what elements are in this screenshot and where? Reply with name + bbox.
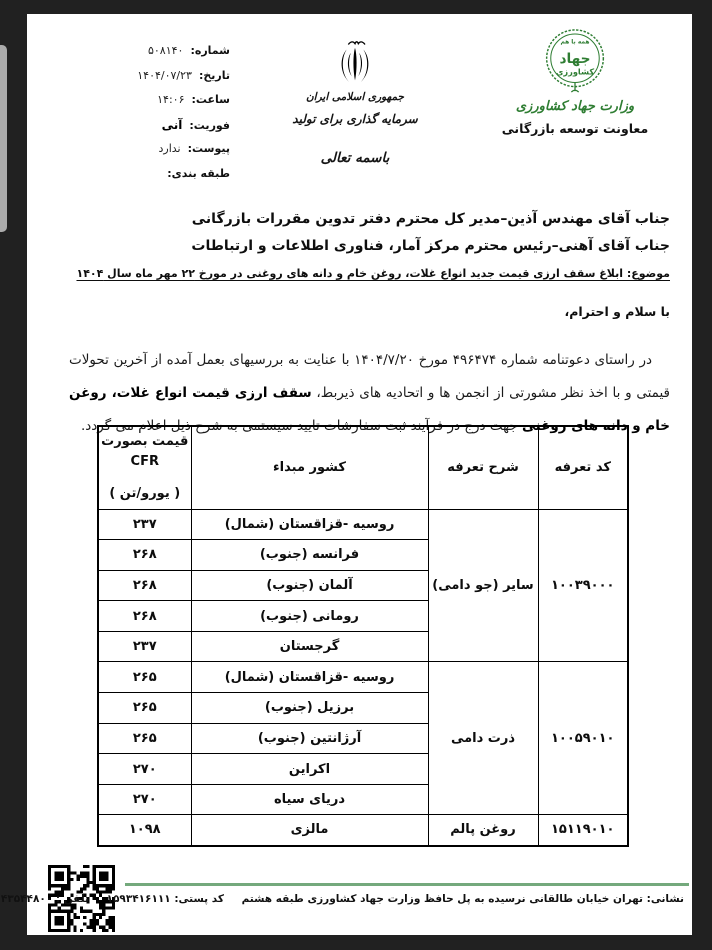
logo-motto: همه با هم bbox=[560, 39, 589, 46]
viewer-scrollbar-thumb[interactable] bbox=[0, 45, 7, 232]
meta-row-classification: طبقه بندی: bbox=[117, 167, 230, 192]
meta-row-date: تاریخ: ۱۴۰۴/۰۷/۲۳ bbox=[117, 69, 230, 94]
meta-value: ۱۴:۰۶ bbox=[157, 93, 184, 106]
country-cell: روسیه -قزاقستان (شمال) bbox=[191, 662, 428, 693]
footer-divider-line bbox=[125, 883, 689, 886]
meta-value: آنی bbox=[162, 118, 183, 132]
country-cell: مالزی bbox=[191, 815, 428, 846]
price-cell: ۱۰۹۸ bbox=[98, 815, 191, 846]
logo-title: جهاد bbox=[559, 51, 590, 67]
meta-label: پیوست: bbox=[188, 142, 230, 155]
country-cell: رومانی (جنوب) bbox=[191, 601, 428, 632]
viewer-background: { "colors": { "logo_green": "#2e7d32", "… bbox=[0, 0, 712, 950]
bismillah-calligraphy: باسمه تعالی bbox=[265, 150, 445, 166]
logo-subtitle: کشاورزی bbox=[556, 67, 595, 78]
ministry-name: وزارت جهاد کشاورزی bbox=[480, 99, 670, 114]
recipients-block: جناب آقای مهندس آذین–مدیر کل محترم دفتر … bbox=[67, 206, 670, 286]
price-header-unit: ( یورو/تن ) bbox=[101, 484, 189, 504]
col-header-origin-country: کشور مبداء bbox=[191, 426, 428, 509]
price-cell: ۲۶۸ bbox=[98, 570, 191, 601]
tariff-code-cell: ۱۰۰۵۹۰۱۰ bbox=[538, 662, 628, 815]
meta-value: ۱۴۰۴/۰۷/۲۳ bbox=[137, 69, 192, 82]
meta-label: تاریخ: bbox=[199, 69, 230, 82]
letter-meta-block: شماره: ۵۰۸۱۴۰ تاریخ: ۱۴۰۴/۰۷/۲۳ ساعت: ۱۴… bbox=[117, 44, 230, 191]
meta-value: ۵۰۸۱۴۰ bbox=[148, 44, 183, 57]
footer-address: نشانی: تهران خیابان طالقانی نرسیده به پل… bbox=[242, 893, 684, 905]
meta-row-number: شماره: ۵۰۸۱۴۰ bbox=[117, 44, 230, 69]
country-cell: دریای سیاه bbox=[191, 784, 428, 815]
country-cell: آلمان (جنوب) bbox=[191, 570, 428, 601]
col-header-tariff-desc: شرح تعرفه bbox=[428, 426, 538, 509]
tariff-code-cell: ۱۵۱۱۹۰۱۰ bbox=[538, 815, 628, 846]
price-cell: ۲۶۸ bbox=[98, 540, 191, 571]
recipient-1: جناب آقای مهندس آذین–مدیر کل محترم دفتر … bbox=[67, 206, 670, 233]
price-cell: ۲۳۷ bbox=[98, 509, 191, 540]
col-header-tariff-code: کد تعرفه bbox=[538, 426, 628, 509]
meta-row-time: ساعت: ۱۴:۰۶ bbox=[117, 93, 230, 118]
meta-row-urgency: فوریت: آنی bbox=[117, 118, 230, 143]
country-name: جمهوری اسلامی ایران bbox=[265, 91, 445, 103]
price-cell: ۲۳۷ bbox=[98, 631, 191, 662]
ministry-header: همه با هم جهاد کشاورزی وزارت جهاد کشاورز… bbox=[480, 28, 670, 136]
price-cell: ۲۶۵ bbox=[98, 723, 191, 754]
tariff-code-cell: ۱۰۰۳۹۰۰۰ bbox=[538, 509, 628, 662]
country-cell: اکراین bbox=[191, 754, 428, 785]
footer-contact-line: نشانی: تهران خیابان طالقانی نرسیده به پل… bbox=[1, 893, 684, 905]
salutation: با سلام و احترام، bbox=[564, 304, 670, 319]
meta-label: ساعت: bbox=[191, 93, 230, 106]
price-header-line2: CFR bbox=[101, 452, 189, 472]
recipient-2: جناب آقای آهنی–رئیس محترم مرکز آمار، فنا… bbox=[67, 233, 670, 260]
year-slogan: سرمایه گذاری برای تولید bbox=[265, 112, 445, 126]
tariff-desc-cell: ذرت دامی bbox=[428, 662, 538, 815]
table-row: ۱۰۰۳۹۰۰۰ سایر (جو دامی) روسیه -قزاقستان … bbox=[98, 509, 628, 540]
price-cell: ۲۶۸ bbox=[98, 601, 191, 632]
department-name: معاونت توسعه بازرگانی bbox=[480, 121, 670, 136]
letter-page: شماره: ۵۰۸۱۴۰ تاریخ: ۱۴۰۴/۰۷/۲۳ ساعت: ۱۴… bbox=[27, 14, 692, 935]
country-cell: روسیه -قزاقستان (شمال) bbox=[191, 509, 428, 540]
col-header-price-cfr: قیمت بصورت CFR ( یورو/تن ) bbox=[98, 426, 191, 509]
price-cell: ۲۶۵ bbox=[98, 662, 191, 693]
table-header-row: کد تعرفه شرح تعرفه کشور مبداء قیمت بصورت… bbox=[98, 426, 628, 509]
country-cell: گرجستان bbox=[191, 631, 428, 662]
meta-label: فوریت: bbox=[189, 119, 230, 132]
price-cell: ۲۷۰ bbox=[98, 754, 191, 785]
iran-emblem-icon bbox=[330, 38, 380, 86]
subject-line: موضوع: ابلاغ سقف ارزی قیمت جدید انواع غل… bbox=[67, 262, 670, 286]
price-table: کد تعرفه شرح تعرفه کشور مبداء قیمت بصورت… bbox=[97, 425, 629, 847]
tariff-desc-cell: سایر (جو دامی) bbox=[428, 509, 538, 662]
table-row: ۱۵۱۱۹۰۱۰ روغن پالم مالزی ۱۰۹۸ bbox=[98, 815, 628, 846]
jahad-keshavarzi-logo-icon: همه با هم جهاد کشاورزی bbox=[543, 28, 607, 94]
tariff-desc-cell: روغن پالم bbox=[428, 815, 538, 846]
country-cell: برزیل (جنوب) bbox=[191, 693, 428, 724]
meta-value: ندارد bbox=[159, 142, 181, 155]
price-header-line1: قیمت بصورت bbox=[101, 432, 189, 452]
price-cell: ۲۷۰ bbox=[98, 784, 191, 815]
meta-label: طبقه بندی: bbox=[167, 167, 230, 180]
meta-row-attachment: پیوست: ندارد bbox=[117, 142, 230, 167]
meta-label: شماره: bbox=[190, 44, 230, 57]
price-cell: ۲۶۵ bbox=[98, 693, 191, 724]
footer-phone: تلفن : ۴۳۵۴۴۸۰۰ bbox=[1, 893, 89, 905]
footer-postal-code: کد پستی: ۱۵۹۳۴۱۶۱۱۱ bbox=[107, 893, 224, 905]
table-row: ۱۰۰۵۹۰۱۰ ذرت دامی روسیه -قزاقستان (شمال)… bbox=[98, 662, 628, 693]
country-cell: آرژانتین (جنوب) bbox=[191, 723, 428, 754]
center-header: جمهوری اسلامی ایران سرمایه گذاری برای تو… bbox=[265, 14, 445, 166]
country-cell: فرانسه (جنوب) bbox=[191, 540, 428, 571]
